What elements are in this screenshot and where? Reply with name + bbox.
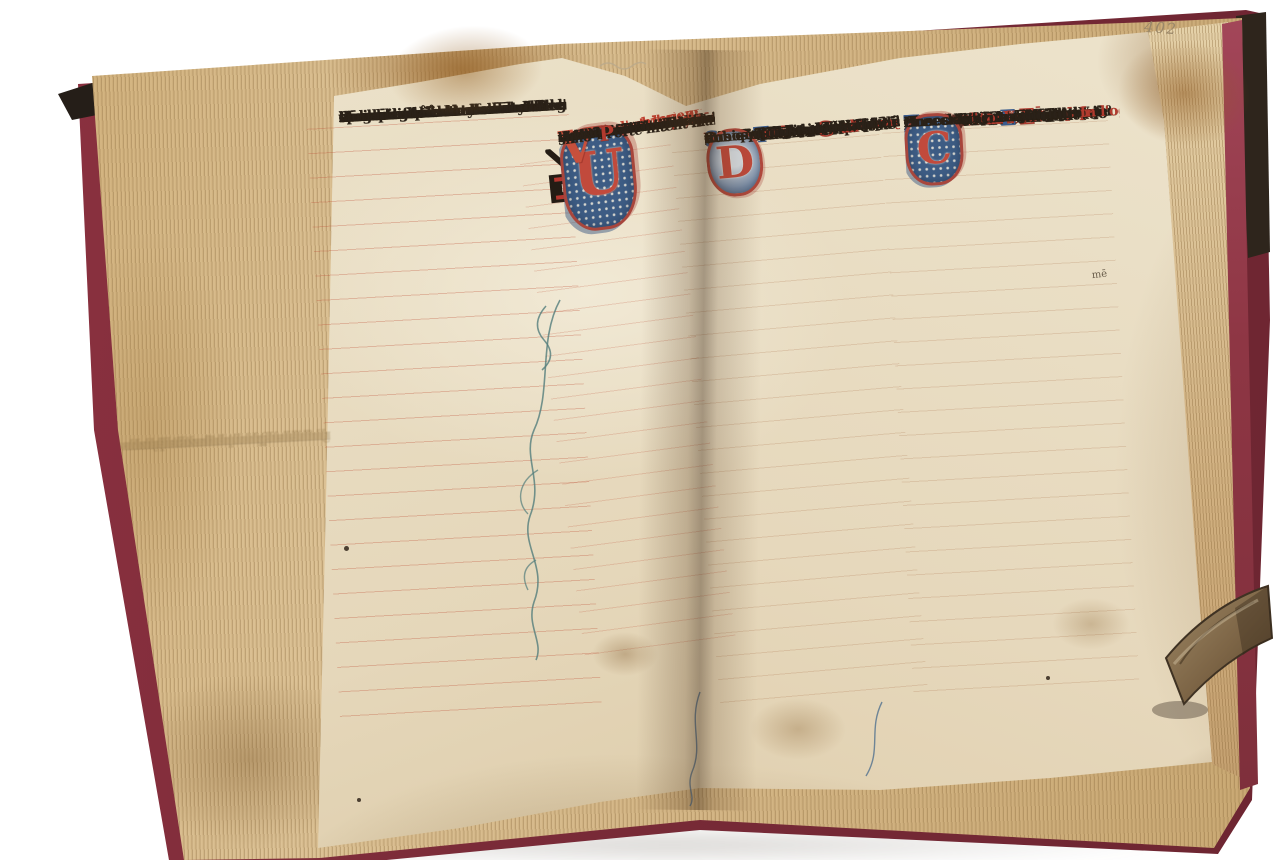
ghost-show-through-text: ghem uoz wlu ons masomt rehse z out nor … bbox=[82, 424, 345, 737]
leather-clasp-strap bbox=[1150, 572, 1280, 724]
page-number: 402 bbox=[1143, 18, 1205, 46]
photo-canvas: ghem uoz wlu ons masomt rehse z out nor … bbox=[0, 0, 1280, 860]
